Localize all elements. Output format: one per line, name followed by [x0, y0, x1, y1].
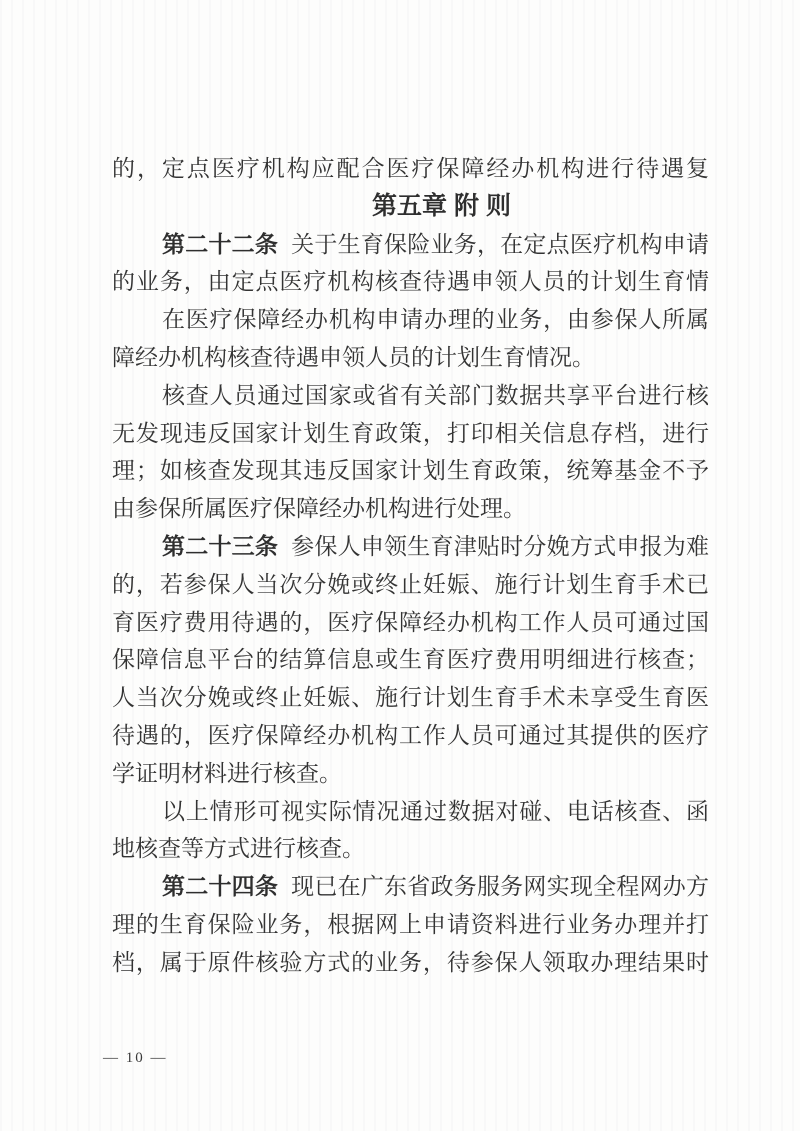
text-line: 由参保所属医疗保障经办机构进行处理。 [112, 490, 709, 528]
text-line: 的，定点医疗机构应配合医疗保障经办机构进行待遇复查。 [112, 150, 709, 188]
text-line: 保障信息平台的结算信息或生育医疗费用明细进行核查；若参保 [112, 641, 709, 679]
text-line: 待遇的，医疗保障经办机构工作人员可通过其提供的医疗机构医 [112, 717, 709, 755]
article-line: 第二十四条现已在广东省政务服务网实现全程网办方式办 [112, 868, 709, 906]
text-line: 的，若参保人当次分娩或终止妊娠、施行计划生育手术已享受生 [112, 566, 709, 604]
article-number: 第二十四条 [162, 873, 278, 899]
article-number: 第二十三条 [162, 533, 278, 559]
article-line: 第二十三条参保人申领生育津贴时分娩方式申报为难产 [112, 528, 709, 566]
chapter-heading: 第五章 附 则 [112, 188, 709, 226]
text-line: 以上情形可视实际情况通过数据对碰、电话核查、函询、实 [112, 793, 709, 831]
text-line: 理的生育保险业务，根据网上申请资料进行业务办理并打印归 [112, 906, 709, 944]
text-line: 人当次分娩或终止妊娠、施行计划生育手术未享受生育医疗费用 [112, 679, 709, 717]
text-line: 育医疗费用待遇的，医疗保障经办机构工作人员可通过国家医疗 [112, 604, 709, 642]
text-line: 在医疗保障经办机构申请办理的业务，由参保人所属医疗保 [112, 301, 709, 339]
document-page: 的，定点医疗机构应配合医疗保障经办机构进行待遇复查。第五章 附 则第二十二条关于… [0, 0, 800, 1131]
page-footer: — 10 — [103, 1049, 168, 1067]
text-line: 理；如核查发现其违反国家计划生育政策，统筹基金不予支付， [112, 452, 709, 490]
article-number: 第二十二条 [162, 231, 278, 257]
page-number: — 10 — [103, 1050, 168, 1066]
article-line: 第二十二条关于生育保险业务，在定点医疗机构申请办理 [112, 226, 709, 264]
text-line: 障经办机构核查待遇申领人员的计划生育情况。 [112, 339, 709, 377]
text-line: 核查人员通过国家或省有关部门数据共享平台进行核查，如 [112, 377, 709, 415]
text-line: 档，属于原件核验方式的业务，待参保人领取办理结果时一并核 [112, 944, 709, 982]
document-body: 的，定点医疗机构应配合医疗保障经办机构进行待遇复查。第五章 附 则第二十二条关于… [112, 150, 709, 982]
text-line: 的业务，由定点医疗机构核查待遇申领人员的计划生育情况。 [112, 263, 709, 301]
text-line: 地核查等方式进行核查。 [112, 830, 709, 868]
text-line: 无发现违反国家计划生育政策，打印相关信息存档，进行业务办 [112, 415, 709, 453]
text-line: 学证明材料进行核查。 [112, 755, 709, 793]
